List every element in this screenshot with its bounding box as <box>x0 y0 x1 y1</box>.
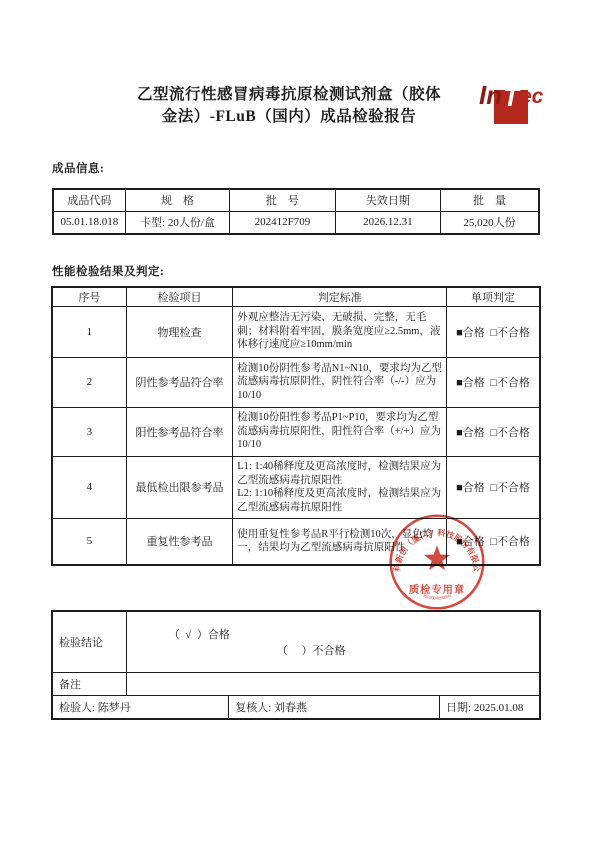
row4-criteria: L1: 1:40稀释度及更高浓度时，检测结果应为乙型流感病毒抗原阳性 L2: 1… <box>233 456 447 518</box>
reviewer-cell: 复核人: 刘春燕 <box>229 696 440 719</box>
intec-logo: In T ec <box>479 82 551 132</box>
product-info-table: 成品代码 规 格 批 号 失效日期 批 量 05.01.18.018 卡型: 2… <box>52 188 540 235</box>
row4-seq: 4 <box>52 456 126 518</box>
performance-header-row: 序号 检验项目 判定标准 单项判定 <box>52 287 540 306</box>
row5-item: 重复性参考品 <box>126 518 232 565</box>
conclusion-table: 检验结论 （ √ ）合格 （ ）不合格 备注 检验人: 陈梦丹 复核人: 刘春燕… <box>51 610 541 720</box>
conclusion-fail-option: （ ）不合格 <box>277 642 346 658</box>
performance-row-3: 3 阳性参考品符合率 检测10份阳性参考品P1~P10，要求均为乙型流感病毒抗原… <box>52 407 540 456</box>
batch-qty-value: 25,020人份 <box>441 211 539 234</box>
col-batch-no: 批 号 <box>230 189 335 211</box>
svg-text:3502004050800: 3502004050800 <box>422 592 452 600</box>
row1-verdict: ■合格 □不合格 <box>447 306 540 357</box>
row5-verdict: ■合格 □不合格 <box>447 518 540 565</box>
product-code-value: 05.01.18.018 <box>53 211 125 234</box>
remark-label: 备注 <box>52 673 126 696</box>
row3-verdict: ■合格 □不合格 <box>447 407 540 456</box>
row2-criteria: 检测10份阴性参考品N1~N10，要求均为乙型流感病毒抗原阴性，阴性符合率（-/… <box>233 357 447 407</box>
row1-item: 物理检查 <box>126 306 232 357</box>
row3-item: 阳性参考品符合率 <box>126 407 232 456</box>
col-verdict: 单项判定 <box>447 287 540 306</box>
performance-row-1: 1 物理检查 外观应整洁无污染、无破损、完整，无毛刺；材料附着牢固，膜条宽度应≥… <box>52 306 540 357</box>
product-info-header-row: 成品代码 规 格 批 号 失效日期 批 量 <box>53 189 539 211</box>
row5-criteria: 使用重复性参考品R平行检测10次，显色均一，结果均为乙型流感病毒抗原阳性 <box>233 518 447 565</box>
performance-row-2: 2 阴性参考品符合率 检测10份阴性参考品N1~N10，要求均为乙型流感病毒抗原… <box>52 357 540 407</box>
batch-no-value: 202412F709 <box>230 211 335 234</box>
remark-value <box>126 673 540 696</box>
conclusion-row: 检验结论 （ √ ）合格 （ ）不合格 <box>52 611 540 673</box>
logo-text-t: T <box>503 84 519 110</box>
performance-row-5: 5 重复性参考品 使用重复性参考品R平行检测10次，显色均一，结果均为乙型流感病… <box>52 518 540 565</box>
conclusion-pass-option: （ √ ）合格 <box>169 626 230 642</box>
col-spec: 规 格 <box>125 189 229 211</box>
performance-table: 序号 检验项目 判定标准 单项判定 1 物理检查 外观应整洁无污染、无破损、完整… <box>51 286 541 566</box>
row1-seq: 1 <box>52 306 126 357</box>
product-info-value-row: 05.01.18.018 卡型: 20人份/盒 202412F709 2026.… <box>53 211 539 234</box>
logo-text-in: In <box>479 82 502 108</box>
conclusion-label: 检验结论 <box>52 611 126 673</box>
row5-seq: 5 <box>52 518 126 565</box>
row3-seq: 3 <box>52 407 126 456</box>
date-cell: 日期: 2025.01.08 <box>440 696 540 719</box>
row2-seq: 2 <box>52 357 126 407</box>
report-title-line1: 乙型流行性感冒病毒抗原检测试剂盒（胶体 <box>89 84 489 106</box>
inspector-cell: 检验人: 陈梦丹 <box>52 696 229 719</box>
performance-label: 性能检验结果及判定: <box>52 263 164 279</box>
expiry-date-value: 2026.12.31 <box>335 211 440 234</box>
row2-item: 阴性参考品符合率 <box>126 357 232 407</box>
signoff-row: 检验人: 陈梦丹 复核人: 刘春燕 日期: 2025.01.08 <box>52 696 540 719</box>
col-product-code: 成品代码 <box>53 189 125 211</box>
product-info-label: 成品信息: <box>52 160 104 176</box>
col-expiry-date: 失效日期 <box>335 189 440 211</box>
logo-text-ec: ec <box>520 86 543 107</box>
performance-row-4: 4 最低检出限参考品 L1: 1:40稀释度及更高浓度时，检测结果应为乙型流感病… <box>52 456 540 518</box>
row4-item: 最低检出限参考品 <box>126 456 232 518</box>
report-title-line2: 金法）-FLuB（国内）成品检验报告 <box>89 106 489 128</box>
row1-criteria: 外观应整洁无污染、无破损、完整，无毛刺；材料附着牢固，膜条宽度应≥2.5mm，液… <box>233 306 447 357</box>
col-criteria: 判定标准 <box>233 287 447 306</box>
report-page: 乙型流行性感冒病毒抗原检测试剂盒（胶体 金法）-FLuB（国内）成品检验报告 I… <box>0 0 595 842</box>
conclusion-options: （ √ ）合格 （ ）不合格 <box>126 611 540 673</box>
row2-verdict: ■合格 □不合格 <box>447 357 540 407</box>
stamp-seal-title: 质检专用章 <box>409 583 465 596</box>
stamp-serial-number: 3502004050800 <box>422 592 452 600</box>
report-title: 乙型流行性感冒病毒抗原检测试剂盒（胶体 金法）-FLuB（国内）成品检验报告 <box>89 84 489 128</box>
row3-criteria: 检测10份阳性参考品P1~P10，要求均为乙型流感病毒抗原阳性，阳性符合率（+/… <box>233 407 447 456</box>
col-item: 检验项目 <box>126 287 232 306</box>
col-batch-qty: 批 量 <box>441 189 539 211</box>
spec-value: 卡型: 20人份/盒 <box>125 211 229 234</box>
col-seq: 序号 <box>52 287 126 306</box>
row4-verdict: ■合格 □不合格 <box>447 456 540 518</box>
remark-row: 备注 <box>52 673 540 696</box>
